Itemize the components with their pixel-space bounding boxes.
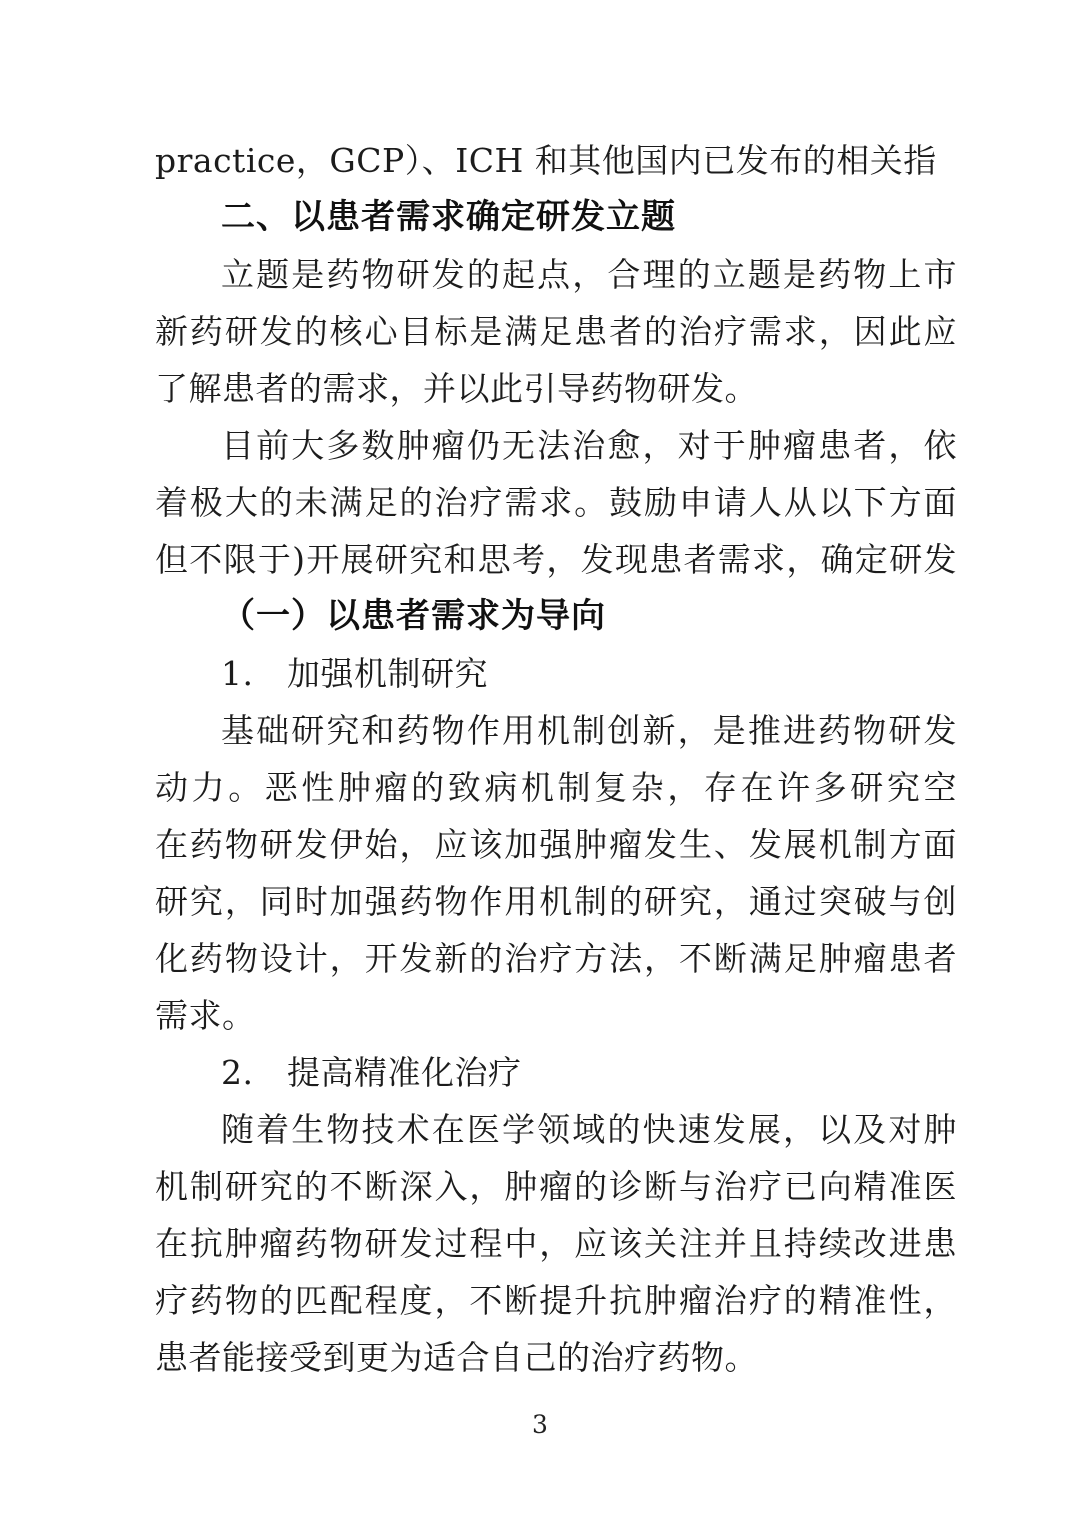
text-line: 但不限于)开展研究和思考，发现患者需求，确定研发立题。	[155, 531, 957, 588]
text-line: 化药物设计，开发新的治疗方法，不断满足肿瘤患者的治疗	[155, 930, 957, 987]
text-line: 动力。恶性肿瘤的致病机制复杂，存在许多研究空间，因此	[155, 759, 957, 816]
text-line: practice，GCP）、ICH 和其他国内已发布的相关指导原则。	[155, 132, 957, 189]
text-line: 基础研究和药物作用机制创新，是推进药物研发的根本	[155, 702, 957, 759]
text-line: 着极大的未满足的治疗需求。鼓励申请人从以下方面（包括	[155, 474, 957, 531]
text-line: 研究，同时加强药物作用机制的研究，通过突破与创新，优	[155, 873, 957, 930]
text-line: 患者能接受到更为适合自己的治疗药物。	[155, 1329, 957, 1386]
document-page: practice，GCP）、ICH 和其他国内已发布的相关指导原则。二、以患者需…	[0, 0, 1080, 1528]
section-heading: （一）以患者需求为导向	[155, 588, 957, 645]
text-line: 随着生物技术在医学领域的快速发展，以及对肿瘤发病	[155, 1101, 957, 1158]
text-line: 机制研究的不断深入，肿瘤的诊断与治疗已向精准医学转化。	[155, 1158, 957, 1215]
text-line: 需求。	[155, 987, 957, 1044]
text-line: 在药物研发伊始，应该加强肿瘤发生、发展机制方面的基础	[155, 816, 957, 873]
document-body: practice，GCP）、ICH 和其他国内已发布的相关指导原则。二、以患者需…	[155, 132, 957, 1386]
text-line: 了解患者的需求，并以此引导药物研发。	[155, 360, 957, 417]
text-line: 1. 加强机制研究	[155, 645, 957, 702]
text-line: 疗药物的匹配程度，不断提升抗肿瘤治疗的精准性，使肿瘤	[155, 1272, 957, 1329]
section-heading: 二、以患者需求确定研发立题	[155, 189, 957, 246]
text-line: 2. 提高精准化治疗	[155, 1044, 957, 1101]
page-number: 3	[0, 1408, 1080, 1442]
text-line: 新药研发的核心目标是满足患者的治疗需求，因此应该充分	[155, 303, 957, 360]
text-line: 在抗肿瘤药物研发过程中，应该关注并且持续改进患者与治	[155, 1215, 957, 1272]
text-line: 目前大多数肿瘤仍无法治愈，对于肿瘤患者，依然存在	[155, 417, 957, 474]
text-line: 立题是药物研发的起点，合理的立题是药物上市的前提。	[155, 246, 957, 303]
